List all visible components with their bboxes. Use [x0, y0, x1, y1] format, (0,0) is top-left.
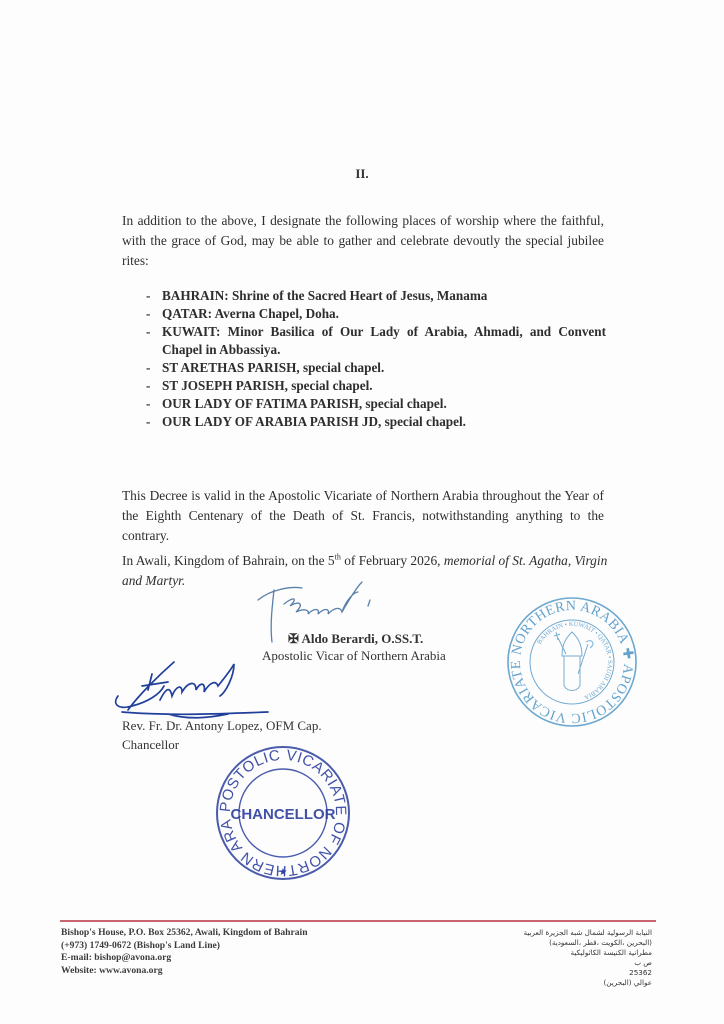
- list-dash: -: [146, 323, 150, 341]
- footer-website[interactable]: Website: www.avona.org: [61, 965, 308, 978]
- star-icon: ★: [279, 867, 288, 878]
- list-dash: -: [146, 395, 150, 413]
- list-item: -OUR LADY OF ARABIA PARISH JD, special c…: [146, 413, 606, 431]
- stamp-center-text: CHANCELLOR: [231, 806, 336, 823]
- list-dash: -: [146, 377, 150, 395]
- footer-address: Bishop's House, P.O. Box 25362, Awali, K…: [61, 927, 308, 940]
- chancellor-name: Rev. Fr. Dr. Antony Lopez, OFM Cap.: [122, 718, 322, 734]
- list-dash: -: [146, 287, 150, 305]
- validity-paragraph: This Decree is valid in the Apostolic Vi…: [122, 486, 604, 546]
- footer-contact: Bishop's House, P.O. Box 25362, Awali, K…: [61, 927, 308, 977]
- bishop-name: ✠ Aldo Berardi, O.SS.T.: [288, 631, 423, 647]
- list-item: -ST JOSEPH PARISH, special chapel.: [146, 377, 606, 395]
- list-dash: -: [146, 413, 150, 431]
- svg-text:BAHRAIN • KUWAIT • QATAR • SAU: BAHRAIN • KUWAIT • QATAR • SAUDI ARABIA: [536, 621, 613, 701]
- footer-arabic-line: (البحرين ،الكويت ،قطر ،السعودية): [500, 938, 652, 948]
- chancellor-signature: [108, 656, 278, 726]
- footer-phone: (+973) 1749-0672 (Bishop's Land Line): [61, 940, 308, 953]
- list-item: -OUR LADY OF FATIMA PARISH, special chap…: [146, 395, 606, 413]
- places-of-worship-list: -BAHRAIN: Shrine of the Sacred Heart of …: [146, 287, 606, 431]
- section-number: II.: [0, 166, 724, 182]
- list-dash: -: [146, 359, 150, 377]
- list-item: -BAHRAIN: Shrine of the Sacred Heart of …: [146, 287, 606, 305]
- intro-paragraph: In addition to the above, I designate th…: [122, 211, 604, 271]
- vicariate-seal: NORTHERN ARABIA ✚ APOSTOLIC VICARIATE OF…: [504, 594, 640, 730]
- chancellor-stamp: APOSTOLIC VICARIATE OF NORTHERN ARABIA C…: [214, 744, 352, 882]
- footer-email[interactable]: E-mail: bishop@avona.org: [61, 952, 308, 965]
- footer-arabic-line: ص ب: [500, 958, 652, 968]
- footer-arabic-line: عوالي (البحرين): [500, 978, 652, 988]
- list-dash: -: [146, 305, 150, 323]
- footer-arabic-line: مطرانية الكنيسة الكاثوليكية: [500, 948, 652, 958]
- mitre-icon: [554, 632, 593, 691]
- footer-arabic-line: النيابة الرسولية لشمال شبه الجزيرة العرب…: [500, 928, 652, 938]
- list-item: -KUWAIT: Minor Basilica of Our Lady of A…: [146, 323, 606, 359]
- list-item: -QATAR: Averna Chapel, Doha.: [146, 305, 606, 323]
- footer-divider: [60, 920, 656, 922]
- chancellor-title: Chancellor: [122, 737, 179, 753]
- cross-icon: ✠: [288, 631, 299, 646]
- footer-arabic: النيابة الرسولية لشمال شبه الجزيرة العرب…: [500, 928, 652, 988]
- footer-arabic-line: 25362: [500, 968, 652, 978]
- list-item: -ST ARETHAS PARISH, special chapel.: [146, 359, 606, 377]
- bishop-title: Apostolic Vicar of Northern Arabia: [262, 648, 446, 664]
